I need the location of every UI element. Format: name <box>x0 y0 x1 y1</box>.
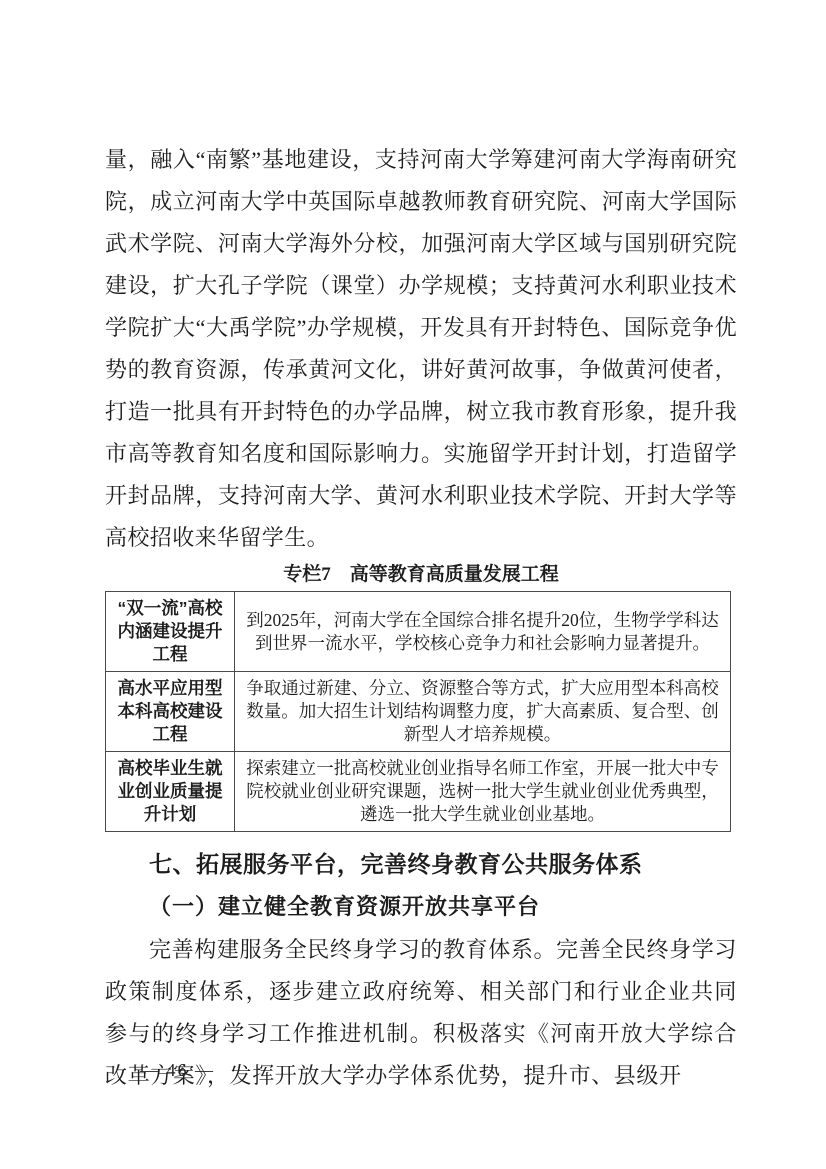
row-title-cell: 高水平应用型本科高校建设工程 <box>106 672 235 752</box>
document-page: 量，融入“南繁”基地建设，支持河南大学筹建河南大学海南研究院，成立河南大学中英国… <box>0 0 826 1169</box>
row-title-cell: 高校毕业生就业创业质量提升计划 <box>106 752 235 832</box>
row-title-cell: “双一流”高校内涵建设提升工程 <box>106 592 235 672</box>
table-row: “双一流”高校内涵建设提升工程 到2025年，河南大学在全国综合排名提升20位，… <box>106 592 731 672</box>
table-row: 高校毕业生就业创业质量提升计划 探索建立一批高校就业创业指导名师工作室，开展一批… <box>106 752 731 832</box>
row-desc-cell: 探索建立一批高校就业创业指导名师工作室，开展一批大中专院校就业创业研究课题，选树… <box>235 752 731 832</box>
table-row: 高水平应用型本科高校建设工程 争取通过新建、分立、资源整合等方式，扩大应用型本科… <box>106 672 731 752</box>
row-desc-cell: 到2025年，河南大学在全国综合排名提升20位，生物学学科达到世界一流水平，学校… <box>235 592 731 672</box>
page-number: — 46 — <box>140 1058 215 1082</box>
subsection-heading: （一）建立健全教育资源开放共享平台 <box>149 892 737 922</box>
project-table: “双一流”高校内涵建设提升工程 到2025年，河南大学在全国综合排名提升20位，… <box>105 591 731 832</box>
section-heading: 七、拓展服务平台，完善终身教育公共服务体系 <box>149 849 737 879</box>
body-paragraph-top: 量，融入“南繁”基地建设，支持河南大学筹建河南大学海南研究院，成立河南大学中英国… <box>105 139 737 559</box>
row-desc-cell: 争取通过新建、分立、资源整合等方式，扩大应用型本科高校数量。加大招生计划结构调整… <box>235 672 731 752</box>
table-caption: 专栏7 高等教育高质量发展工程 <box>105 562 737 587</box>
